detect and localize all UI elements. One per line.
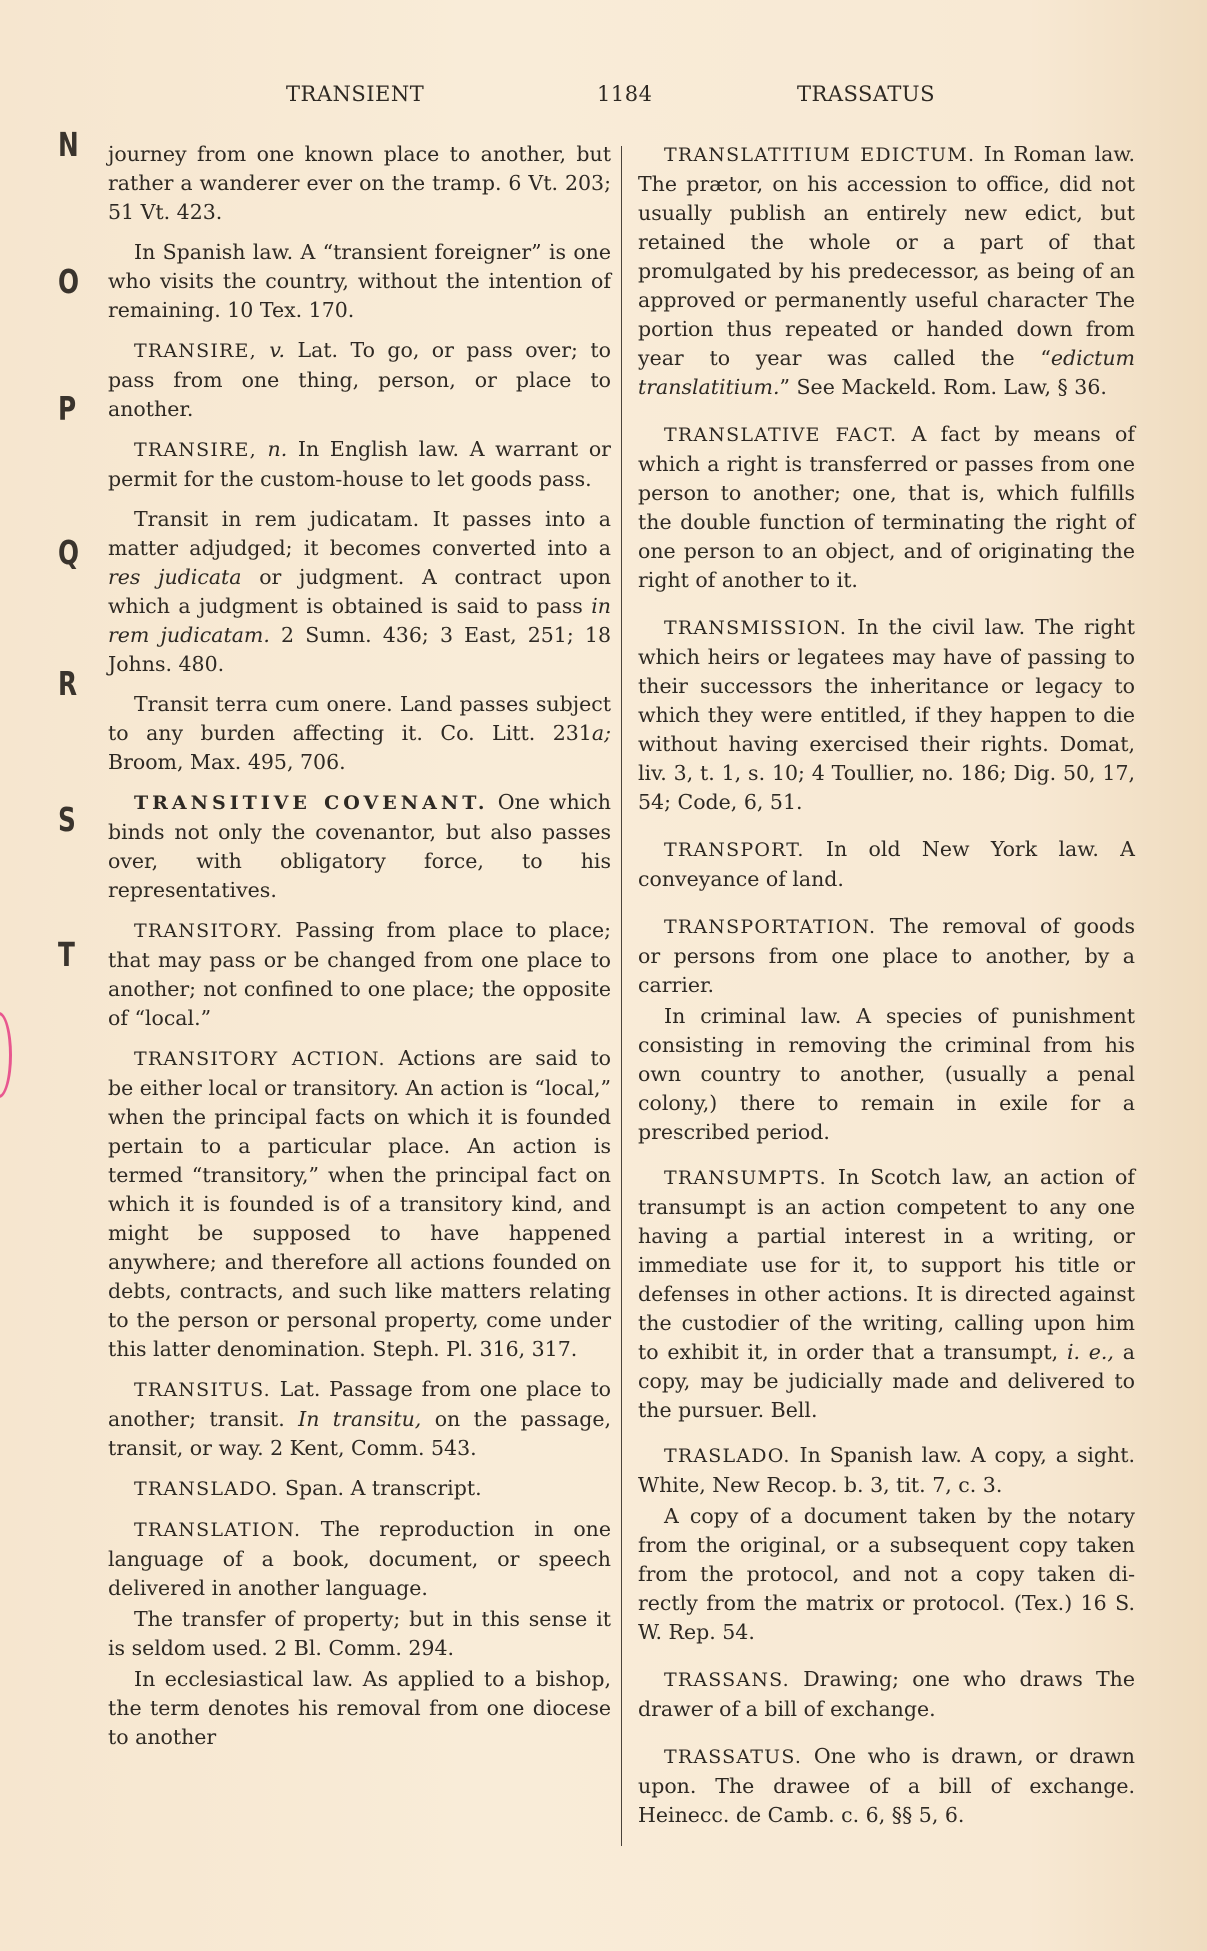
entry-translation-property: The transfer of property; but in this se…: [108, 1605, 611, 1663]
entry-text: The transfer of property; but in this se…: [108, 1607, 611, 1660]
headword: TRANSLATION.: [134, 1519, 301, 1541]
entry-translatitium-edictum: TRANSLATITIUM EDICTUM. In Roman law. The…: [638, 140, 1135, 402]
entry-text: In Spanish law. A “transient foreigner” …: [108, 240, 611, 322]
entry-transitus: TRANSITUS. Lat. Passage from one place t…: [108, 1375, 611, 1463]
column-divider: [621, 146, 622, 1846]
headword: TRASSATUS.: [664, 1746, 802, 1768]
left-guide-word: TRANSIENT: [286, 82, 424, 106]
italic-text: a;: [592, 721, 611, 745]
right-guide-word: TRASSATUS: [797, 82, 935, 106]
headword: TRASSANS.: [664, 1669, 790, 1691]
headword: TRANSLADO.: [134, 1478, 278, 1500]
headword: TRANSPORTATION.: [664, 916, 876, 938]
headword: TRANSUMPTS.: [664, 1167, 827, 1189]
thumb-index-letter: T: [58, 935, 75, 974]
headword: Transit in rem judicatam.: [134, 507, 419, 531]
entry-transitory-action: TRANSITORY ACTION. Actions are said to b…: [108, 1044, 611, 1364]
entry-transitive-covenant: TRANSITIVE COVENANT. One which binds not…: [108, 788, 611, 905]
headword: TRANSIRE,: [134, 340, 257, 362]
entry-text: In Roman law. The prætor, on his accessi…: [638, 142, 1135, 370]
headword: TRANSIRE,: [134, 439, 257, 461]
entry-trassans: TRASSANS. Drawing; one who draws The dra…: [638, 1665, 1135, 1724]
entry-transport: TRANSPORT. In old New York law. A convey…: [638, 835, 1135, 894]
pink-ink-mark: [0, 1012, 12, 1098]
page-number: 1184: [597, 82, 652, 106]
headword: TRANSITORY ACTION.: [134, 1048, 386, 1070]
entry-translation-ecclesiastical: In ecclesiastical law. As applied to a b…: [108, 1665, 611, 1752]
headword: Transit terra cum onere.: [134, 692, 393, 716]
entry-transumpts: TRANSUMPTS. In Scotch law, an action of …: [638, 1163, 1135, 1425]
entry-transit-in-rem: Transit in rem judicatam. It passes into…: [108, 505, 611, 679]
left-column: journey from one known place to another,…: [108, 140, 611, 1763]
headword: TRANSLATITIUM EDICTUM.: [664, 144, 975, 166]
entry-text: Actions are said to be either local or t…: [108, 1046, 611, 1361]
entry-text: In the civil law. The right which heirs …: [638, 615, 1135, 814]
entry-transire-v: TRANSIRE, v. Lat. To go, or pass over; t…: [108, 336, 611, 424]
headword: TRANSITUS.: [134, 1379, 271, 1401]
right-column: TRANSLATITIUM EDICTUM. In Roman law. The…: [638, 140, 1135, 1841]
headword: TRANSITIVE COVENANT.: [134, 792, 489, 814]
headword: TRANSPORT.: [664, 839, 805, 861]
entry-traslado-copy: A copy of a document taken by the notary…: [638, 1502, 1135, 1647]
entry-transient-spanish: In Spanish law. A “transient foreigner” …: [108, 238, 611, 325]
thumb-index-letter: O: [58, 262, 79, 301]
entry-translado: TRANSLADO. Span. A transcript.: [108, 1474, 611, 1504]
thumb-index-letter: Q: [58, 533, 79, 572]
entry-transportation-criminal: In criminal law. A species of punish­men…: [638, 1002, 1135, 1147]
entry-transmission: TRANSMISSION. In the civil law. The righ…: [638, 613, 1135, 817]
thumb-index-letter: R: [58, 664, 77, 703]
thumb-index-letter: S: [58, 800, 76, 839]
entry-text: Span. A transcript.: [285, 1476, 482, 1500]
entry-transire-n: TRANSIRE, n. In English law. A warrant o…: [108, 435, 611, 494]
entry-transportation: TRANSPORTATION. The removal of goods or …: [638, 912, 1135, 1000]
entry-text: In criminal law. A species of punish­men…: [638, 1004, 1135, 1144]
entry-text: In Scotch law, an action of transumpt is…: [638, 1165, 1135, 1364]
part-of-speech: v.: [269, 338, 285, 362]
entry-text: ” See Mackeld. Rom. Law, § 36.: [780, 375, 1107, 399]
headword: TRANSMISSION.: [664, 617, 847, 639]
entry-trassatus: TRASSATUS. One who is drawn, or drawn up…: [638, 1742, 1135, 1830]
entry-text: A fact by means of which a right is tran…: [638, 422, 1135, 592]
italic-text: In transitu,: [298, 1407, 421, 1431]
entry-translative-fact: TRANSLATIVE FACT. A fact by means of whi…: [638, 420, 1135, 595]
entry-text: A copy of a document taken by the notary…: [638, 1504, 1135, 1644]
headword: TRANSITORY.: [134, 920, 283, 942]
italic-text: res judicata: [108, 565, 242, 589]
thumb-index-letter: N: [58, 125, 79, 164]
entry-translation: TRANSLATION. The reproduction in one lan…: [108, 1515, 611, 1603]
italic-text: i. e.,: [1067, 1340, 1114, 1364]
entry-traslado: TRASLADO. In Spanish law. A copy, a sigh…: [638, 1441, 1135, 1500]
entry-transitory: TRANSITORY. Passing from place to place;…: [108, 916, 611, 1033]
entry-transit-terra: Transit terra cum onere. Land passes sub…: [108, 690, 611, 777]
headword: TRASLADO.: [664, 1445, 791, 1467]
entry-text: In ecclesiastical law. As applied to a b…: [108, 1667, 611, 1749]
part-of-speech: n.: [268, 437, 288, 461]
entry-continuation: journey from one known place to another,…: [108, 140, 611, 227]
thumb-index-letter: P: [58, 389, 76, 428]
running-head: TRANSIENT 1184 TRASSATUS: [0, 82, 1207, 112]
headword: TRANSLATIVE FACT.: [664, 424, 897, 446]
entry-text: Broom, Max. 495, 706.: [108, 750, 346, 774]
